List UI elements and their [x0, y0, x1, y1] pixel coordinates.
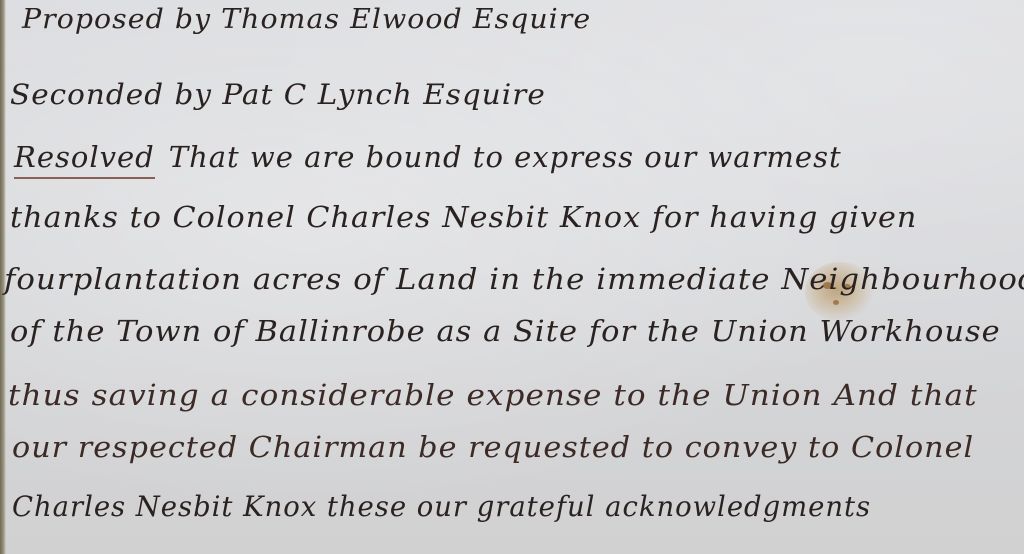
stain-spot: [833, 300, 839, 305]
text-line: fourplantation acres of Land in the imme…: [4, 262, 1024, 296]
line-text: thus saving a considerable expense to th…: [8, 378, 978, 412]
manuscript-page: Proposed by Thomas Elwood Esquire Second…: [0, 0, 1024, 554]
text-line: thus saving a considerable expense to th…: [8, 378, 978, 412]
text-line: Charles Nesbit Knox these our grateful a…: [12, 490, 871, 523]
line-text: fourplantation acres of Land in the imme…: [4, 262, 1024, 296]
seconded-line: Seconded by Pat C Lynch Esquire: [10, 78, 546, 111]
resolved-heading: Resolved: [14, 140, 155, 179]
text-line: of the Town of Ballinrobe as a Site for …: [10, 314, 1001, 348]
text-line: thanks to Colonel Charles Nesbit Knox fo…: [10, 200, 917, 234]
line-text: of the Town of Ballinrobe as a Site for …: [10, 314, 1001, 348]
resolution-line: ResolvedThat we are bound to express our…: [14, 140, 842, 174]
resolution-text: That we are bound to express our warmest: [169, 140, 842, 174]
line-text: thanks to Colonel Charles Nesbit Knox fo…: [10, 200, 917, 234]
proposed-line: Proposed by Thomas Elwood Esquire: [22, 4, 591, 35]
seconded-text: Seconded by Pat C Lynch Esquire: [10, 78, 546, 111]
proposed-text: Proposed by Thomas Elwood Esquire: [22, 4, 591, 35]
line-text: our respected Chairman be requested to c…: [12, 430, 974, 464]
text-line: our respected Chairman be requested to c…: [12, 430, 974, 464]
line-text: Charles Nesbit Knox these our grateful a…: [12, 490, 871, 523]
